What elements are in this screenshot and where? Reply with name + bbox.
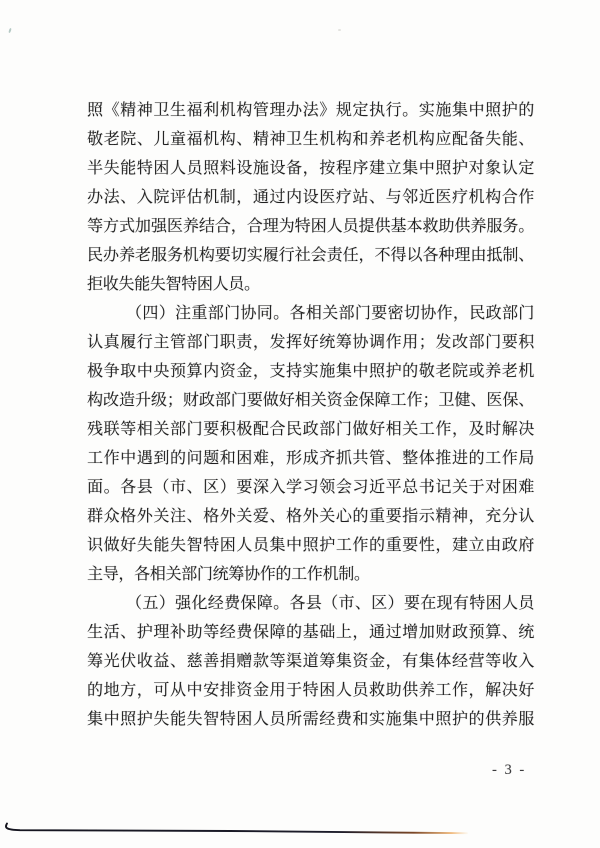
text-line: 残联等相关部门要积极配合民政部门做好相关工作，及时解决: [87, 415, 534, 444]
text-line: 半失能特困人员照料设施设备，按程序建立集中照护对象认定: [87, 154, 534, 183]
text-line: 面。各县（市、区）要深入学习领会习近平总书记关于对困难: [87, 473, 534, 502]
scan-speck: [8, 28, 11, 33]
text-line: 构改造升级；财政部门要做好相关资金保障工作；卫健、医保、: [87, 386, 534, 415]
text-line: 办法、入院评估机制，通过内设医疗站、与邻近医疗机构合作: [87, 183, 534, 212]
text-line: 主导，各相关部门统筹协作的工作机制。: [87, 560, 534, 589]
text-line: （四）注重部门协同。各相关部门要密切协作，民政部门: [87, 299, 534, 328]
text-line: 识做好失能失智特困人员集中照护工作的重要性，建立由政府: [87, 531, 534, 560]
text-line: 极争取中央预算内资金，支持实施集中照护的敬老院或养老机: [87, 357, 534, 386]
text-line: （五）强化经费保障。各县（市、区）要在现有特困人员: [87, 589, 534, 618]
text-line: 敬老院、儿童福机构、精神卫生机构和养老机构应配备失能、: [87, 125, 534, 154]
text-line: 照《精神卫生福利机构管理办法》规定执行。实施集中照护的: [87, 96, 534, 125]
text-line: 生活、护理补助等经费保障的基础上，通过增加财政预算、统: [87, 618, 534, 647]
text-line: 拒收失能失智特困人员。: [87, 270, 534, 299]
text-line: 的地方，可从中安排资金用于特困人员救助供养工作，解决好: [87, 676, 534, 705]
text-line: 筹光伏收益、慈善捐赠款等渠道筹集资金，有集体经营等收入: [87, 647, 534, 676]
text-line: 认真履行主管部门职责，发挥好统筹协调作用；发改部门要积: [87, 328, 534, 357]
text-line: 等方式加强医养结合，合理为特困人员提供基本救助供养服务。: [87, 212, 534, 241]
text-line: 群众格外关注、格外关爱、格外关心的重要指示精神，充分认: [87, 502, 534, 531]
text-line: 集中照护失能失智特困人员所需经费和实施集中照护的供养服: [87, 705, 534, 734]
text-line: 工作中遇到的问题和困难，形成齐抓共管、整体推进的工作局: [87, 444, 534, 473]
page-number: - 3 -: [492, 761, 526, 779]
scanned-document-page: 照《精神卫生福利机构管理办法》规定执行。实施集中照护的敬老院、儿童福机构、精神卫…: [0, 0, 600, 848]
document-body: 照《精神卫生福利机构管理办法》规定执行。实施集中照护的敬老院、儿童福机构、精神卫…: [87, 96, 534, 734]
text-line: 民办养老服务机构要切实履行社会责任，不得以各种理由抵制、: [87, 241, 534, 270]
scan-speck: [338, 29, 341, 31]
